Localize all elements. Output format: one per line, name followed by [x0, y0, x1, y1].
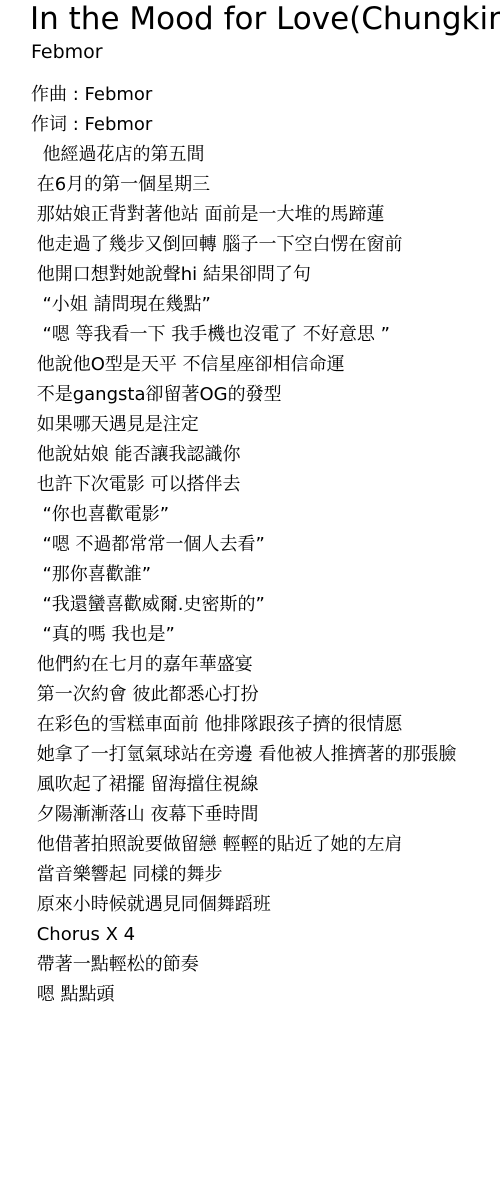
- lyric-line: 他經過花店的第五間: [31, 140, 500, 170]
- lyric-line: 第一次約會 彼此都悉心打扮: [31, 680, 500, 710]
- lyric-line: “小姐 請問現在幾點”: [31, 290, 500, 320]
- lyric-line: 如果哪天遇見是注定: [31, 410, 500, 440]
- lyric-credit-lyricist: 作词 : Febmor: [31, 110, 500, 140]
- lyric-line: 在彩色的雪糕車面前 他排隊跟孩子擠的很情愿: [31, 710, 500, 740]
- lyric-line: “嗯 等我看一下 我手機也沒電了 不好意思 ”: [31, 320, 500, 350]
- lyric-line: “真的嗎 我也是”: [31, 620, 500, 650]
- lyric-line: 他說姑娘 能否讓我認識你: [31, 440, 500, 470]
- lyric-line: 那姑娘正背對著他站 面前是一大堆的馬蹄蓮: [31, 200, 500, 230]
- lyric-line: “我還蠻喜歡威爾.史密斯的”: [31, 590, 500, 620]
- lyric-line-chorus-marker: Chorus X 4: [31, 920, 500, 950]
- lyric-line: 他借著拍照說要做留戀 輕輕的貼近了她的左肩: [31, 830, 500, 860]
- lyric-line: 嗯 點點頭: [31, 980, 500, 1010]
- lyric-line: 原來小時候就遇見同個舞蹈班: [31, 890, 500, 920]
- lyric-line: 他走過了幾步又倒回轉 腦子一下空白愣在窗前: [31, 230, 500, 260]
- lyric-line: 帶著一點輕松的節奏: [31, 950, 500, 980]
- lyric-line: “那你喜歡誰”: [31, 560, 500, 590]
- lyric-line: 他說他O型是天平 不信星座卻相信命運: [31, 350, 500, 380]
- lyric-line: 風吹起了裙擺 留海擋住視線: [31, 770, 500, 800]
- lyric-line: 他開口想對她說聲hi 結果卻問了句: [31, 260, 500, 290]
- artist-name: Febmor: [31, 40, 103, 64]
- lyric-line: 當音樂響起 同樣的舞步: [31, 860, 500, 890]
- lyric-line: 她拿了一打氫氣球站在旁邊 看他被人推擠著的那張臉: [31, 740, 500, 770]
- song-title: In the Mood for Love(Chungking: [30, 0, 500, 38]
- lyric-line: 在6月的第一個星期三: [31, 170, 500, 200]
- lyric-line: 他們約在七月的嘉年華盛宴: [31, 650, 500, 680]
- lyric-line: 不是gangsta卻留著OG的發型: [31, 380, 500, 410]
- lyric-line: 也許下次電影 可以搭伴去: [31, 470, 500, 500]
- lyrics-body: 作曲 : Febmor 作词 : Febmor 他經過花店的第五間 在6月的第一…: [31, 80, 500, 1010]
- lyric-line: “嗯 不過都常常一個人去看”: [31, 530, 500, 560]
- lyric-line: “你也喜歡電影”: [31, 500, 500, 530]
- lyric-credit-composer: 作曲 : Febmor: [31, 80, 500, 110]
- lyric-line: 夕陽漸漸落山 夜幕下垂時間: [31, 800, 500, 830]
